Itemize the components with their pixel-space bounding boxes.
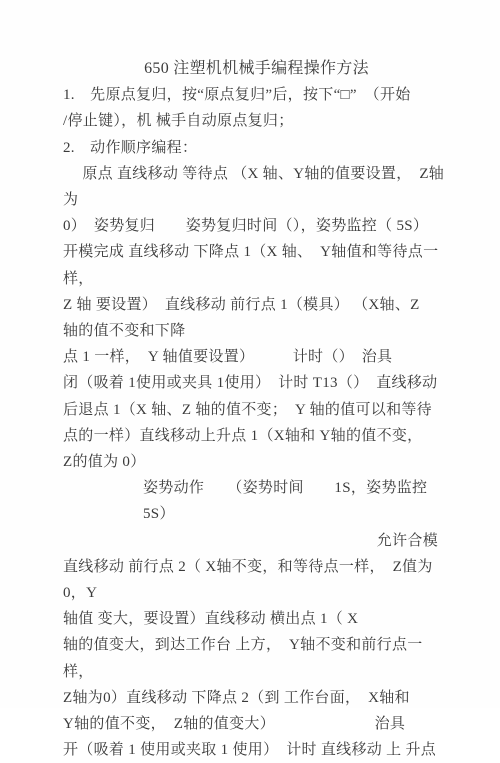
text-line: 允许合模 [63,528,450,554]
text-line: Z轴为0）直线移动 下降点 2（到 工作台面， X轴和 [63,685,450,708]
text-line: 轴的值变大，到达工作台 上方， Y轴不变和前行点一样， [63,632,450,684]
text-line: 0） 姿势复归 姿势复归时间（），姿势监控（ 5S） [63,213,450,239]
text-line: 点 1 一样， Y 轴值要设置） 计时（） 治具 [63,344,450,370]
page-title: 650 注塑机机械手编程操作方法 [63,56,450,82]
text-line: 姿势动作 （姿势时间 1S，姿势监控 5S） [63,475,450,527]
text-line: 原点 直线移动 等待点 （X 轴、Y轴的值要设置， Z轴为 [63,161,450,213]
text-line: 2. 动作顺序编程： [63,135,450,161]
text-line: 直线移动 前行点 2（ X轴不变，和等待点一样， Z值为 0，Y [63,554,450,606]
text-line: Z 轴 要设置） 直线移动 前行点 1（模具） （X轴、Z [63,292,450,318]
text-line: 闭（吸着 1使用或夹具 1使用） 计时 T13（） 直线移动 [63,370,450,396]
text-line: 开模完成 直线移动 下降点 1（X 轴、 Y轴值和等待点一样， [63,239,450,291]
text-line: Z的值为 0） [63,449,450,475]
text-line: 后退点 1（X 轴、Z 轴的值不变； Y 轴的值可以和等待 [63,397,450,423]
text-line: 轴的值不变和下降 [63,318,450,344]
text-line: 点的一样）直线移动上升点 1（X轴和 Y轴的值不变， [63,423,450,449]
text-line: /停止键），机 械手自动原点复归； [63,108,450,134]
document-page: 650 注塑机机械手编程操作方法 1. 先原点复归，按“原点复归”后，按下“□”… [0,0,500,708]
text-line: 1. 先原点复归，按“原点复归”后，按下“□” （开始 [63,82,450,108]
text-line: 轴值 变大，要设置）直线移动 横出点 1（ X [63,606,450,632]
